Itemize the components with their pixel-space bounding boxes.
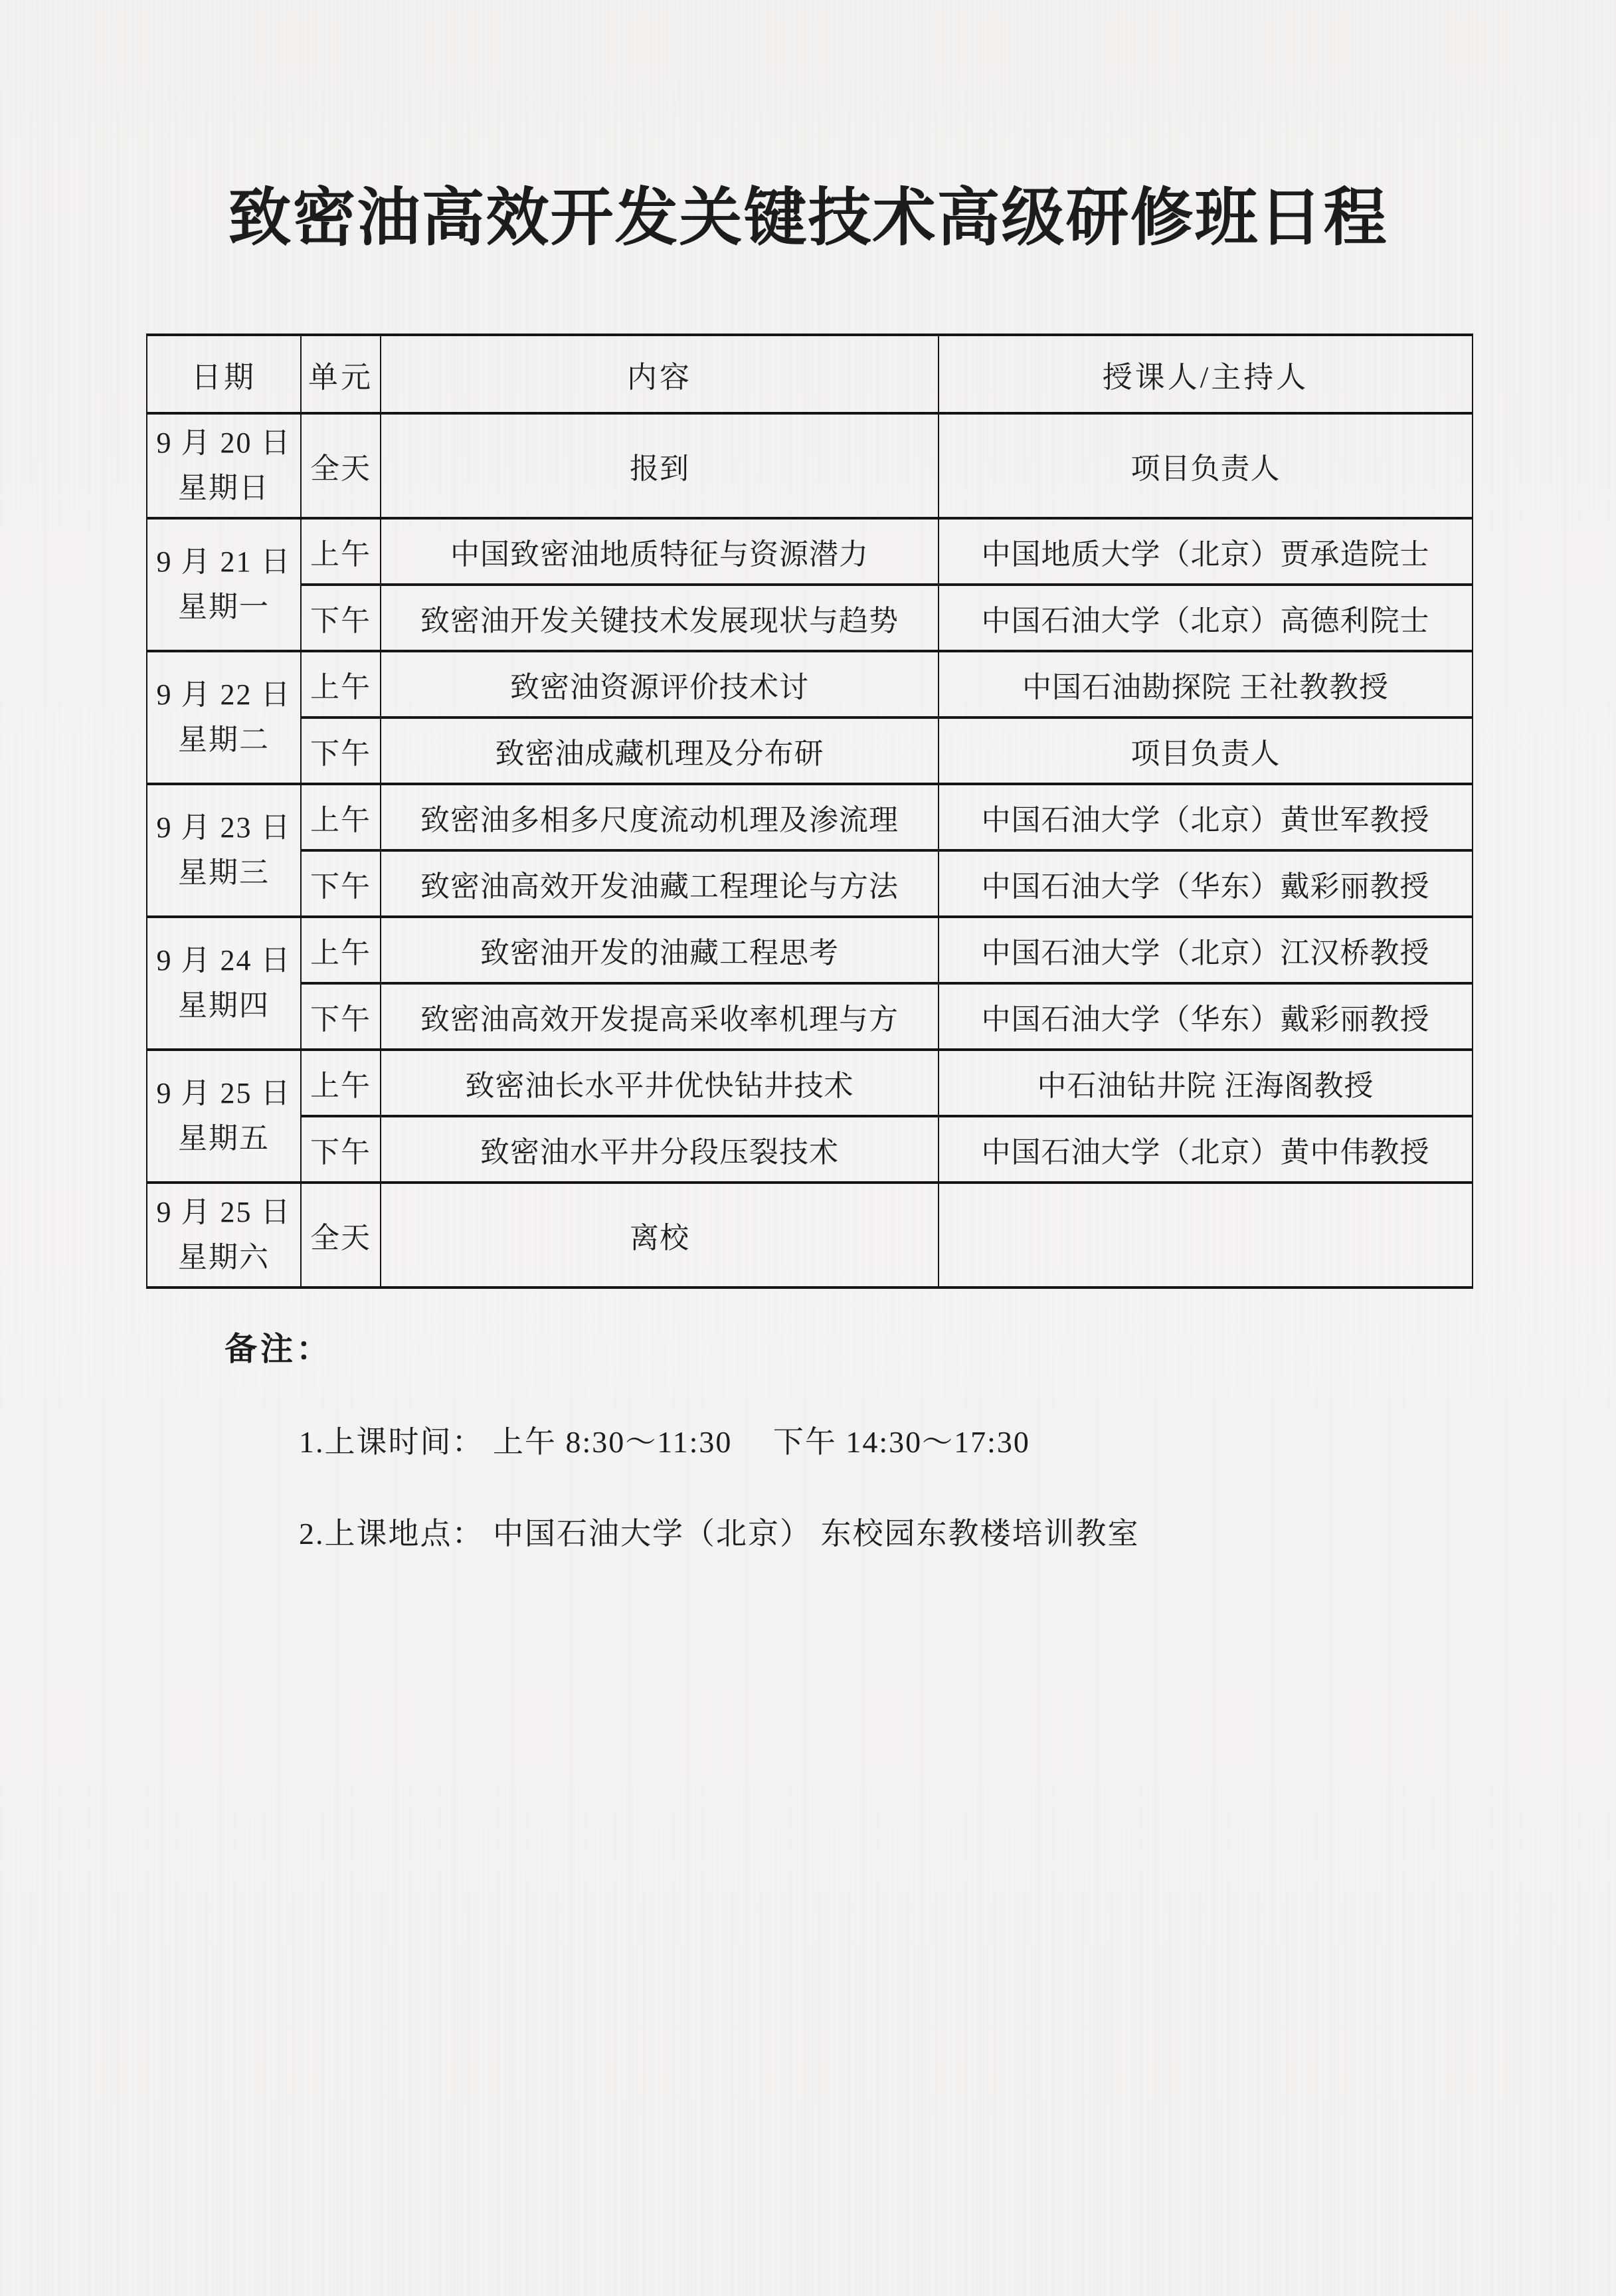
unit-cell: 下午: [301, 983, 381, 1050]
note-class-time: 1.上课时间： 上午 8:30～11:30 下午 14:30～17:30: [299, 1418, 1140, 1462]
date-cell: 9 月 25 日 星期六: [147, 1183, 301, 1288]
table-row: 9 月 21 日 星期一 上午 中国致密油地质特征与资源潜力 中国地质大学（北京…: [147, 518, 1473, 585]
date-line2: 星期三: [147, 850, 300, 896]
date-line2: 星期日: [147, 466, 300, 511]
date-line1: 9 月 23 日: [147, 805, 300, 850]
lecturer-cell: 项目负责人: [939, 717, 1473, 784]
date-line2: 星期四: [147, 983, 300, 1028]
date-line2: 星期一: [147, 585, 300, 630]
table-row: 9 月 22 日 星期二 上午 致密油资源评价技术讨 中国石油勘探院 王社教教授: [147, 651, 1473, 717]
lecturer-cell: 中石油钻井院 汪海阁教授: [939, 1050, 1473, 1116]
col-header-date: 日期: [147, 335, 301, 413]
date-cell: 9 月 25 日 星期五: [147, 1050, 301, 1183]
table-row: 下午 致密油高效开发油藏工程理论与方法 中国石油大学（华东）戴彩丽教授: [147, 850, 1473, 917]
table-row: 9 月 23 日 星期三 上午 致密油多相多尺度流动机理及渗流理 中国石油大学（…: [147, 784, 1473, 850]
content-cell: 离校: [381, 1183, 939, 1288]
table-row: 下午 致密油成藏机理及分布研 项目负责人: [147, 717, 1473, 784]
content-cell: 致密油开发关键技术发展现状与趋势: [381, 585, 939, 651]
unit-cell: 上午: [301, 784, 381, 850]
date-cell: 9 月 24 日 星期四: [147, 917, 301, 1050]
table-header-row: 日期 单元 内容 授课人/主持人: [147, 335, 1473, 413]
lecturer-cell: 中国石油大学（北京）黄世军教授: [939, 784, 1473, 850]
content-cell: 致密油多相多尺度流动机理及渗流理: [381, 784, 939, 850]
col-header-content: 内容: [381, 335, 939, 413]
date-line1: 9 月 25 日: [147, 1071, 300, 1116]
notes-heading: 备注：: [224, 1323, 1140, 1370]
table-row: 下午 致密油开发关键技术发展现状与趋势 中国石油大学（北京）高德利院士: [147, 585, 1473, 651]
col-header-lecturer: 授课人/主持人: [939, 335, 1473, 413]
date-line2: 星期二: [147, 717, 300, 763]
unit-cell: 上午: [301, 651, 381, 717]
scanned-document-page: 致密油高效开发关键技术高级研修班日程 日期 单元 内容 授课人/主持人 9 月 …: [0, 0, 1616, 2296]
content-cell: 报到: [381, 413, 939, 518]
lecturer-cell: [939, 1183, 1473, 1288]
table-row: 9 月 25 日 星期五 上午 致密油长水平井优快钻井技术 中石油钻井院 汪海阁…: [147, 1050, 1473, 1116]
col-header-unit: 单元: [301, 335, 381, 413]
date-line2: 星期六: [147, 1235, 300, 1280]
content-cell: 致密油水平井分段压裂技术: [381, 1116, 939, 1183]
unit-cell: 下午: [301, 850, 381, 917]
content-cell: 致密油成藏机理及分布研: [381, 717, 939, 784]
date-line1: 9 月 21 日: [147, 539, 300, 585]
content-cell: 致密油开发的油藏工程思考: [381, 917, 939, 983]
unit-cell: 全天: [301, 413, 381, 518]
unit-cell: 下午: [301, 585, 381, 651]
content-cell: 中国致密油地质特征与资源潜力: [381, 518, 939, 585]
unit-cell: 上午: [301, 518, 381, 585]
date-line2: 星期五: [147, 1116, 300, 1161]
notes-section: 备注： 1.上课时间： 上午 8:30～11:30 下午 14:30～17:30…: [224, 1323, 1140, 1553]
table-row: 9 月 24 日 星期四 上午 致密油开发的油藏工程思考 中国石油大学（北京）江…: [147, 917, 1473, 983]
lecturer-cell: 中国石油大学（华东）戴彩丽教授: [939, 983, 1473, 1050]
content-cell: 致密油资源评价技术讨: [381, 651, 939, 717]
table-row: 下午 致密油水平井分段压裂技术 中国石油大学（北京）黄中伟教授: [147, 1116, 1473, 1183]
date-cell: 9 月 22 日 星期二: [147, 651, 301, 784]
content-cell: 致密油长水平井优快钻井技术: [381, 1050, 939, 1116]
unit-cell: 下午: [301, 717, 381, 784]
unit-cell: 上午: [301, 917, 381, 983]
note-class-location: 2.上课地点： 中国石油大学（北京） 东校园东教楼培训教室: [299, 1509, 1140, 1553]
content-cell: 致密油高效开发油藏工程理论与方法: [381, 850, 939, 917]
date-cell: 9 月 23 日 星期三: [147, 784, 301, 917]
unit-cell: 上午: [301, 1050, 381, 1116]
table-row: 下午 致密油高效开发提高采收率机理与方 中国石油大学（华东）戴彩丽教授: [147, 983, 1473, 1050]
unit-cell: 全天: [301, 1183, 381, 1288]
lecturer-cell: 中国地质大学（北京）贾承造院士: [939, 518, 1473, 585]
unit-cell: 下午: [301, 1116, 381, 1183]
table-row: 9 月 25 日 星期六 全天 离校: [147, 1183, 1473, 1288]
date-cell: 9 月 21 日 星期一: [147, 518, 301, 651]
date-line1: 9 月 22 日: [147, 672, 300, 717]
lecturer-cell: 中国石油勘探院 王社教教授: [939, 651, 1473, 717]
lecturer-cell: 中国石油大学（华东）戴彩丽教授: [939, 850, 1473, 917]
schedule-table: 日期 单元 内容 授课人/主持人 9 月 20 日 星期日 全天 报到 项目负责…: [146, 334, 1473, 1289]
lecturer-cell: 中国石油大学（北京）黄中伟教授: [939, 1116, 1473, 1183]
date-line1: 9 月 24 日: [147, 938, 300, 983]
date-cell: 9 月 20 日 星期日: [147, 413, 301, 518]
lecturer-cell: 中国石油大学（北京）高德利院士: [939, 585, 1473, 651]
lecturer-cell: 中国石油大学（北京）江汉桥教授: [939, 917, 1473, 983]
date-line1: 9 月 20 日: [147, 421, 300, 466]
table-row: 9 月 20 日 星期日 全天 报到 项目负责人: [147, 413, 1473, 518]
content-cell: 致密油高效开发提高采收率机理与方: [381, 983, 939, 1050]
document-title: 致密油高效开发关键技术高级研修班日程: [0, 167, 1616, 258]
lecturer-cell: 项目负责人: [939, 413, 1473, 518]
date-line1: 9 月 25 日: [147, 1190, 300, 1235]
